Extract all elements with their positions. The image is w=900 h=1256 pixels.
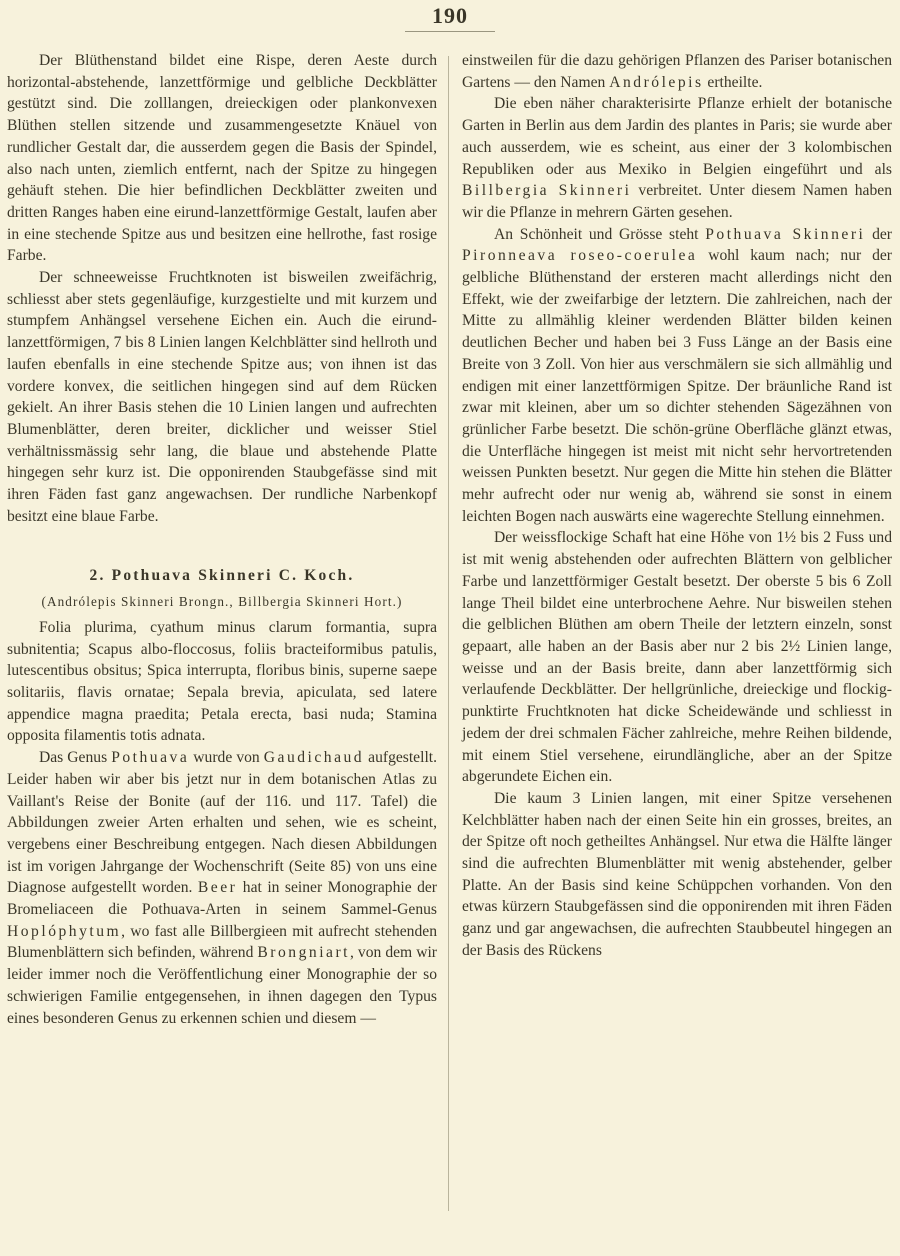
paragraph-genus-history: Das Genus Pothuava wurde von Gaudichaud … <box>7 747 437 1029</box>
page-number: 190 <box>432 3 468 29</box>
species-name: Pothuava Skinneri <box>705 226 865 243</box>
species-name: Pironneava roseo-coerulea <box>462 247 697 264</box>
paragraph-continuation: einstweilen für die dazu gehörigen Pflan… <box>462 50 892 93</box>
paragraph-ovary: Der schneeweisse Fruchtknoten ist biswei… <box>7 267 437 527</box>
section-heading: 2. Pothuava Skinneri C. Koch. <box>7 565 437 587</box>
paragraph-inflorescence: Der Blüthenstand bildet eine Rispe, dere… <box>7 50 437 267</box>
header-rule <box>405 31 495 32</box>
genus-name: Pothuava <box>111 749 189 766</box>
text-run: der <box>865 226 892 243</box>
paragraph-scape: Der weissflockige Schaft hat eine Höhe v… <box>462 527 892 787</box>
column-divider <box>448 56 449 1211</box>
text-run: aufgestellt. Leider haben wir aber bis j… <box>7 749 437 896</box>
left-column: Der Blüthenstand bildet eine Rispe, dere… <box>7 50 437 1029</box>
text-run: An Schönheit und Grösse steht <box>494 226 705 243</box>
text-run: Das Genus <box>39 749 111 766</box>
author-name: Brongniart <box>257 944 350 961</box>
book-page: 190 Der Blüthenstand bildet eine Rispe, … <box>0 0 900 1256</box>
paragraph-comparison: An Schönheit und Grösse steht Pothuava S… <box>462 224 892 528</box>
text-run: wohl kaum nach; nur der gelbliche Blüthe… <box>462 247 892 524</box>
text-run: Die eben näher charakterisirte Pflanze e… <box>462 95 892 177</box>
species-name: Billbergia Skinneri <box>462 182 631 199</box>
author-name: Gaudichaud <box>264 749 364 766</box>
genus-name: Andrólepis <box>609 74 703 91</box>
latin-diagnosis: Folia plurima, cyathum minus clarum form… <box>7 617 437 747</box>
text-run: wurde von <box>189 749 264 766</box>
paragraph-sepals: Die kaum 3 Linien langen, mit einer Spit… <box>462 788 892 962</box>
right-column: einstweilen für die dazu gehörigen Pflan… <box>462 50 892 962</box>
synonyms-line: (Andrólepis Skinneri Brongn., Billbergia… <box>7 591 437 613</box>
genus-name: Hoplóphytum <box>7 923 121 940</box>
text-run: ertheilte. <box>704 74 763 91</box>
author-name: Beer <box>198 879 237 896</box>
paragraph-provenance: Die eben näher charakterisirte Pflanze e… <box>462 93 892 223</box>
